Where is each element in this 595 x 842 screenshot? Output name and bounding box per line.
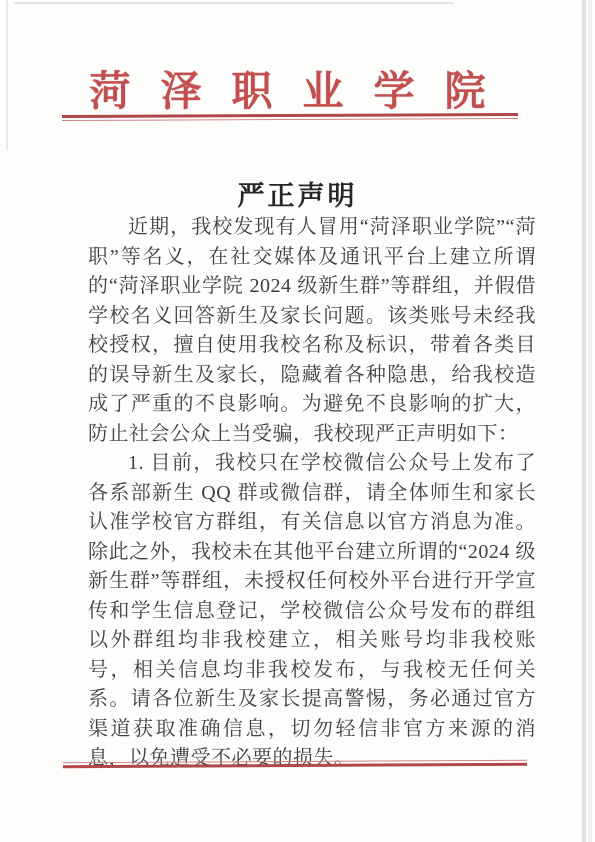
letterhead-double-rule [62, 113, 518, 121]
letterhead-school-name: 菏泽职业学院 [0, 58, 575, 117]
scan-artifact-right-edge [582, 0, 586, 842]
paragraph-statement-1: 1. 目前，我校只在学校微信公众号上发布了各系部新生 QQ 群或微信群，请全体师… [88, 449, 536, 774]
paragraph-intro: 近期，我校发现有人冒用“菏泽职业学院”“菏职”等名义，在社交媒体及通讯平台上建立… [88, 213, 536, 449]
scanned-document-page: 菏泽职业学院 严正声明 近期，我校发现有人冒用“菏泽职业学院”“菏职”等名义，在… [0, 0, 595, 842]
scan-artifact-top-edge [14, 2, 454, 4]
document-body: 近期，我校发现有人冒用“菏泽职业学院”“菏职”等名义，在社交媒体及通讯平台上建立… [88, 213, 536, 774]
document-title: 严正声明 [0, 174, 595, 213]
